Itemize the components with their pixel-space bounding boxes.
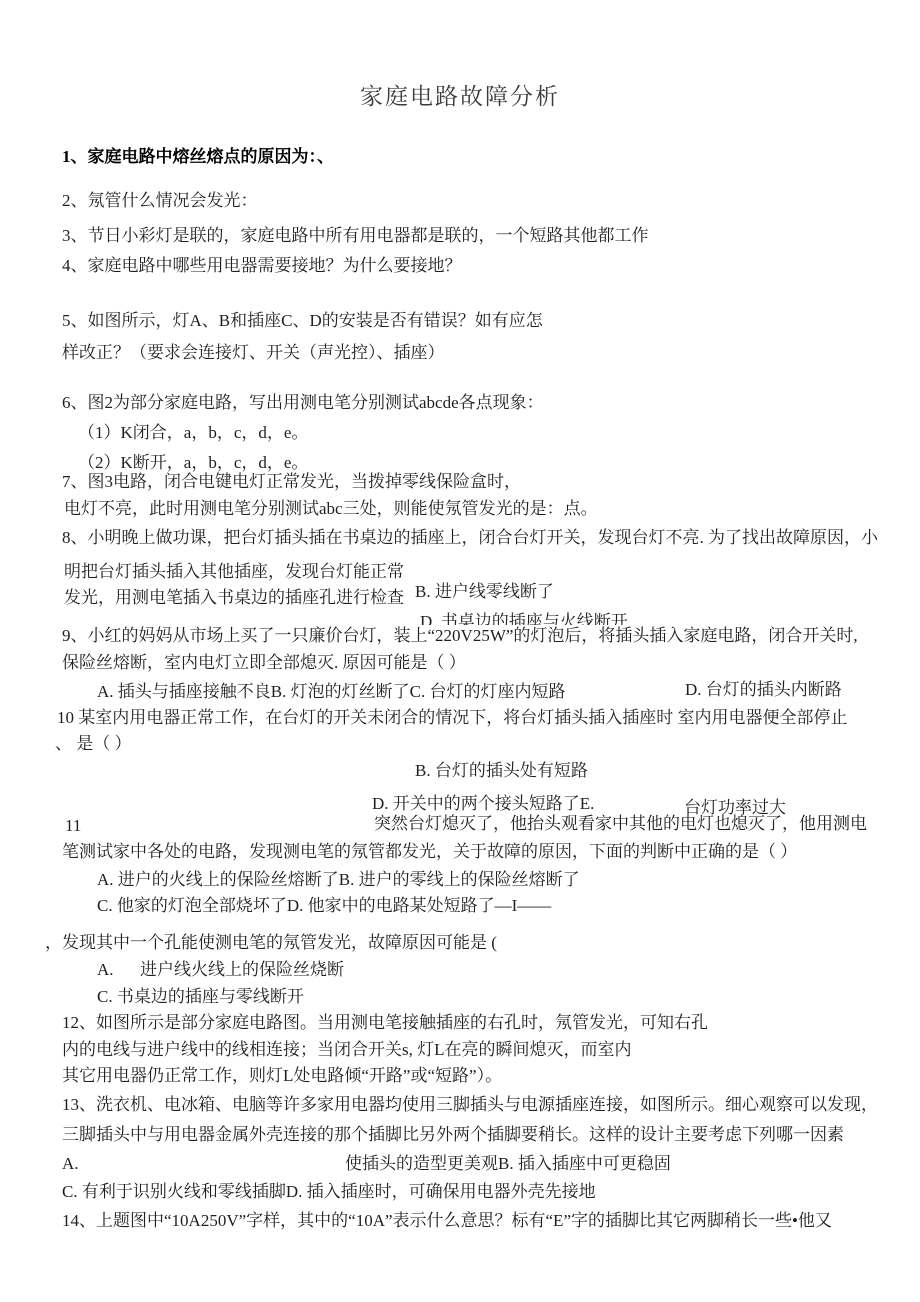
orphan-option-a-label: A. (97, 959, 114, 981)
question-11-line2: 笔测试家中各处的电路，发现测电笔的氖管都发光，关于故障的原因，下面的判断中正确的… (62, 841, 797, 863)
question-7-line1: 7、图3电路，闭合电键电灯正常发光，当拨掉零线保险盒时， (62, 471, 521, 493)
question-10-option-b: B. 台灯的插头处有短路 (415, 760, 588, 782)
question-13-options-cd: C. 有利于识别火线和零线插脚D. 插入插座时，可确保用电器外壳先接地 (62, 1181, 596, 1203)
question-9-options-abc: A. 插头与插座接触不良B. 灯泡的灯丝断了C. 台灯的灯座内短路 (97, 681, 565, 703)
question-8-line2: 明把台灯插头插入其他插座，发现台灯能正常 (64, 561, 404, 583)
question-9-option-d: D. 台灯的插头内断路 (685, 679, 842, 701)
question-11-options-cd: C. 他家的灯泡全部烧坏了D. 他家中的电路某处短路了—I—— (97, 895, 551, 917)
document-title: 家庭电路故障分析 (0, 78, 920, 111)
question-3: 3、节日小彩灯是联的，家庭电路中所有用电器都是联的，一个短路其他都工作 (62, 225, 649, 247)
question-11-line1: 突然台灯熄灭了，他抬头观看家中其他的电灯也熄灭了，他用测电 (374, 813, 867, 835)
question-11-number: 11 (65, 815, 81, 837)
question-9-line2: 保险丝熔断，室内电灯立即全部熄灭. 原因可能是（ ） (62, 652, 466, 674)
orphan-option-a-text: 进户线火线上的保险丝烧断 (140, 959, 344, 981)
question-13-line1: 13、洗衣机、电冰箱、电脑等许多家用电器均使用三脚插头与电源插座连接，如图所示。… (62, 1094, 878, 1116)
question-8-line1: 8、小明晚上做功课，把台灯插头插在书桌边的插座上，闭合台灯开关，发现台灯不亮. … (62, 527, 878, 549)
orphan-option-c: C. 书桌边的插座与零线断开 (97, 986, 304, 1008)
question-2: 2、氖管什么情况会发光： (62, 190, 258, 212)
question-8-option-d-clipped: D. 书桌边的插座与火线断开 (420, 611, 628, 625)
question-12-line3: 其它用电器仍正常工作，则灯L处电路倾“开路”或“短路”）。 (62, 1065, 502, 1087)
orphan-question-line: ，发现其中一个孔能使测电笔的氖管发光，故障原因可能是 ( (45, 932, 497, 954)
question-6: 6、图2为部分家庭电路，写出用测电笔分别测试abcde各点现象： (62, 392, 544, 414)
question-5-line2: 样改正？（要求会连接灯、开关（声光控）、插座） (62, 342, 445, 364)
question-13-option-a-label: A. (62, 1153, 79, 1175)
document-page: 家庭电路故障分析 1、家庭电路中熔丝熔点的原因为：、2、氖管什么情况会发光：3、… (0, 0, 920, 1302)
question-13-options-ab: 使插头的造型更美观B. 插入插座中可更稳固 (345, 1153, 671, 1175)
question-11-options-ab: A. 进户的火线上的保险丝熔断了B. 进户的零线上的保险丝熔断了 (97, 869, 580, 891)
question-10-line1: 10 某室内用电器正常工作，在台灯的开关未闭合的情况下，将台灯插头插入插座时 室… (57, 707, 848, 729)
question-9-line1: 9、小红的妈妈从市场上买了一只廉价台灯，装上“220V25W”的灯泡后，将插头插… (62, 625, 858, 647)
question-12-line2: 内的电线与进户线中的线相连接；当闭合开关s, 灯L在亮的瞬间熄灭，而室内 (62, 1039, 632, 1061)
question-14: 14、上题图中“10A250V”字样，其中的“10A”表示什么意思？标有“E”字… (62, 1210, 832, 1232)
question-10-option-d: D. 开关中的两个接头短路了E. (372, 793, 594, 815)
question-8-option-b: B. 进户线零线断了 (415, 581, 554, 603)
question-7-line2: 电灯不亮，此时用测电笔分别测试abc三处，则能使氖管发光的是：点。 (64, 498, 598, 520)
question-5-line1: 5、如图所示，灯A、B和插座C、D的安装是否有错误？如有应怎 (62, 310, 543, 332)
question-12-line1: 12、如图所示是部分家庭电路图。当用测电笔接触插座的右孔时，氖管发光，可知右孔 (62, 1012, 708, 1034)
question-10-line2: 、 是（ ） (55, 733, 132, 755)
question-8-line3: 发光，用测电笔插入书桌边的插座孔进行检查 (64, 587, 404, 609)
question-13-line2: 三脚插头中与用电器金属外壳连接的那个插脚比另外两个插脚要稍长。这样的设计主要考虑… (62, 1124, 844, 1146)
question-1: 1、家庭电路中熔丝熔点的原因为：、 (62, 146, 334, 168)
question-4: 4、家庭电路中哪些用电器需要接地？为什么要接地？ (62, 255, 462, 277)
question-6-sub1: （1）K闭合，a，b，c，d，e。 (78, 422, 308, 444)
